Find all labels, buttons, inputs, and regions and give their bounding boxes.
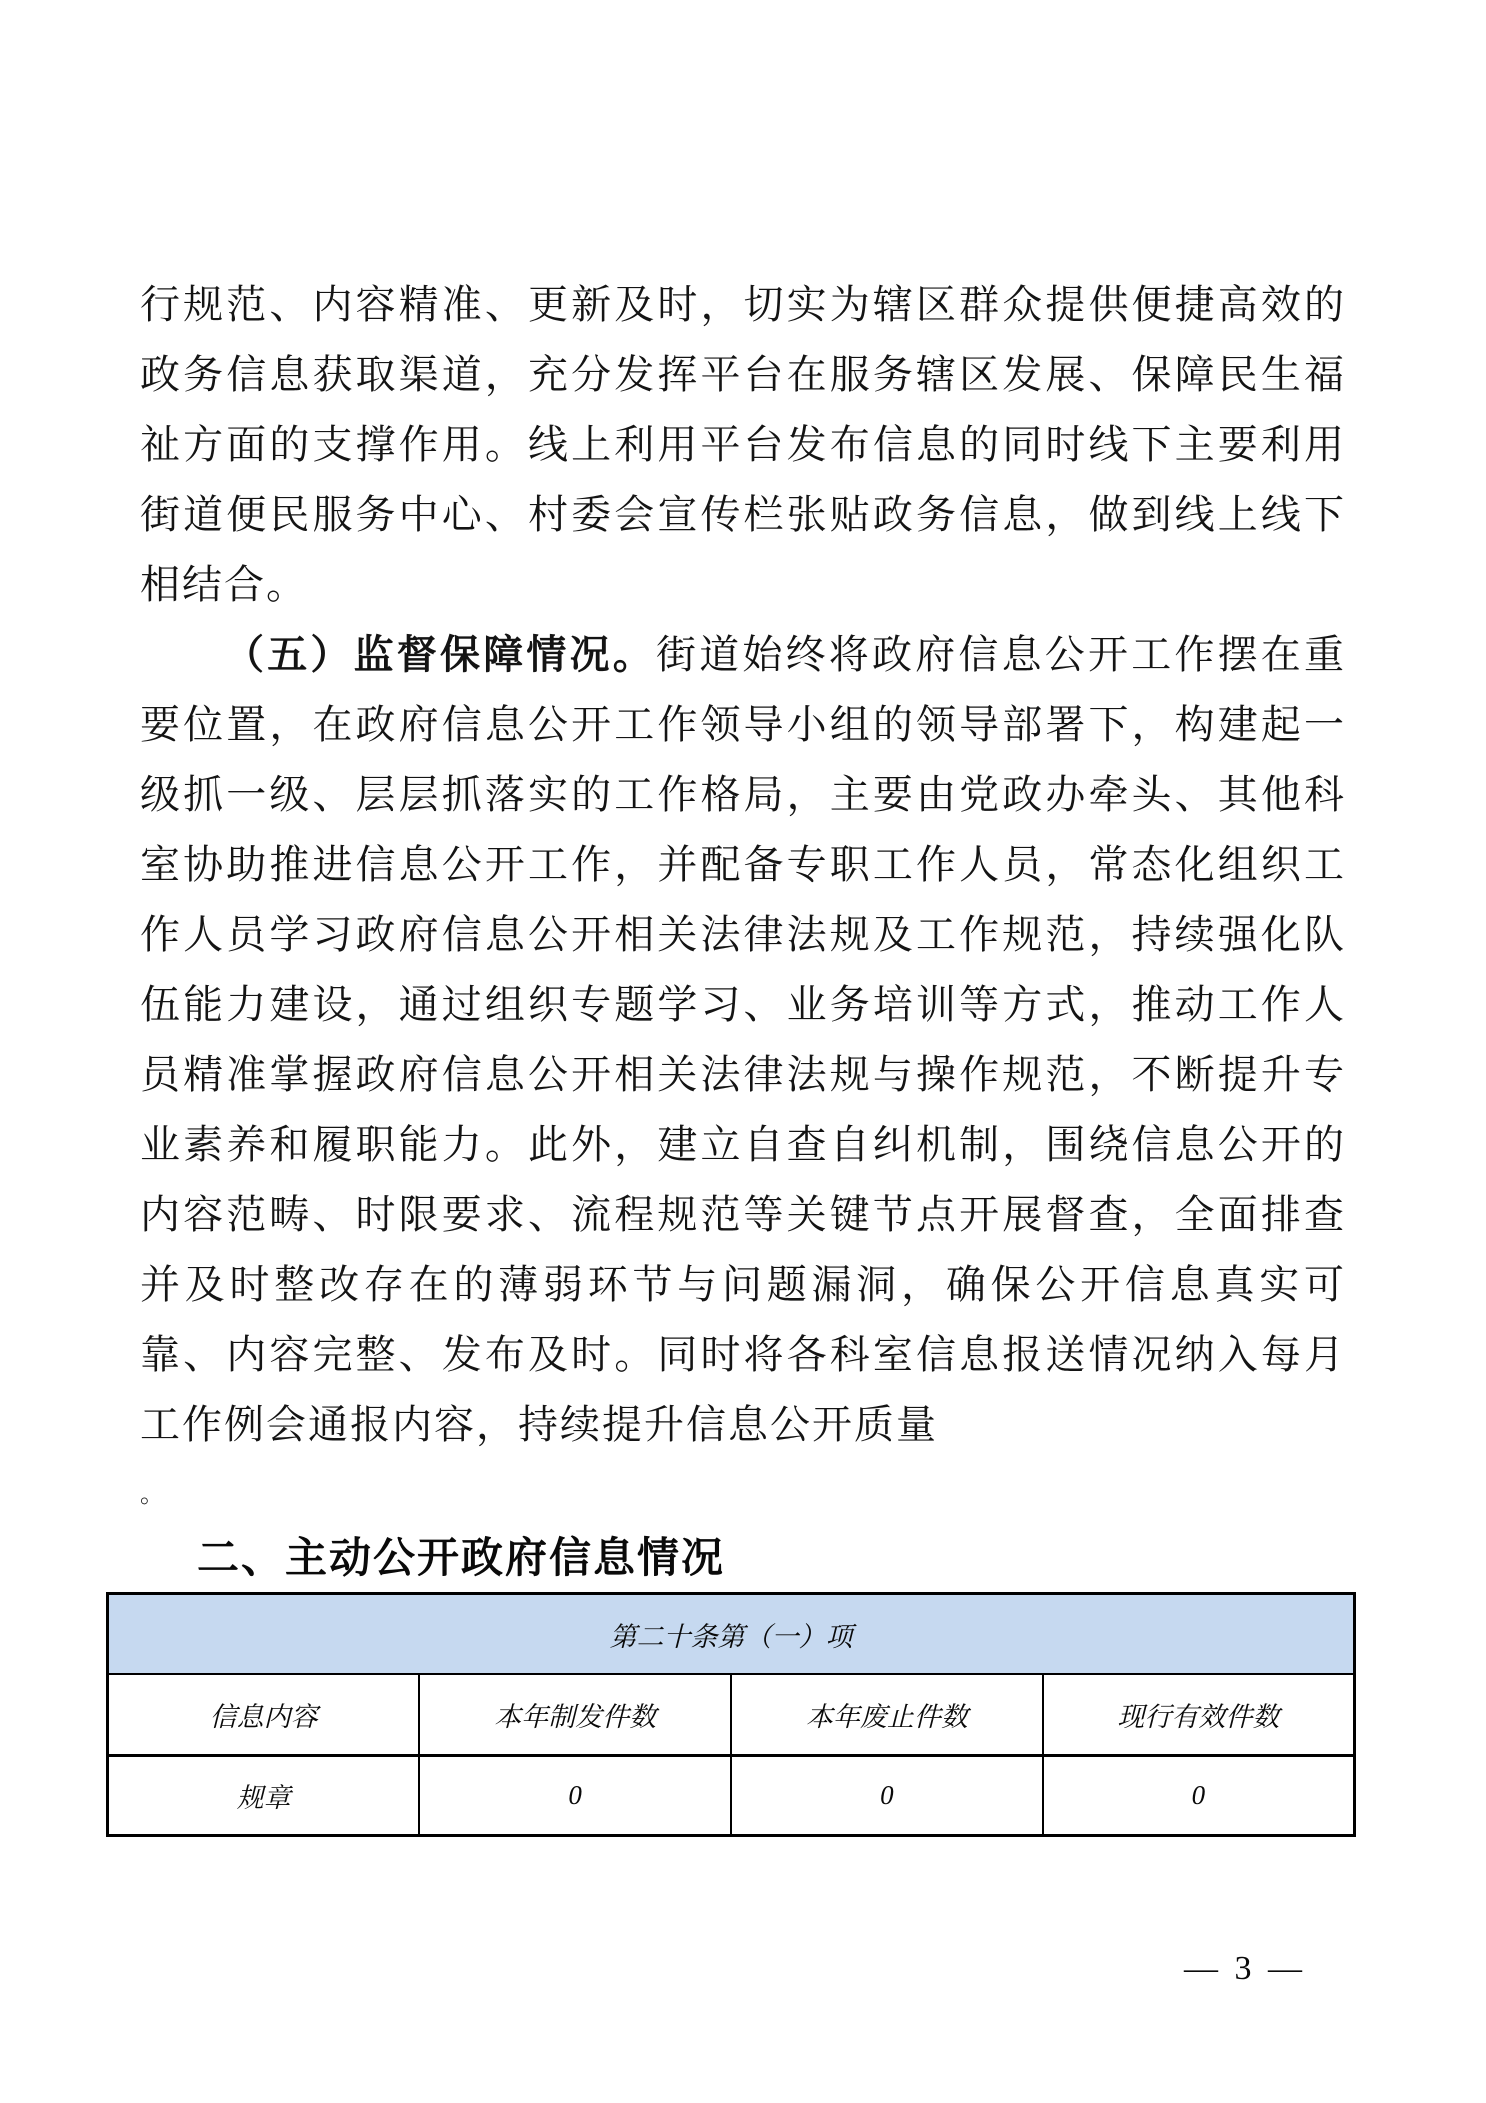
table-cell-category: 规章 <box>108 1756 420 1836</box>
table-header-currently-valid: 现行有效件数 <box>1043 1674 1355 1756</box>
table-title-cell: 第二十条第（一）项 <box>108 1594 1355 1675</box>
table-header-info-content: 信息内容 <box>108 1674 420 1756</box>
paragraph-supervision-body: 街道始终将政府信息公开工作摆在重要位置，在政府信息公开工作领导小组的领导部署下，… <box>140 632 1346 1447</box>
section-heading: 二、主动公开政府信息情况 <box>197 1528 1346 1588</box>
body-text: 行规范、内容精准、更新及时，切实为辖区群众提供便捷高效的政务信息获取渠道，充分发… <box>140 270 1346 1530</box>
paragraph-continuation: 行规范、内容精准、更新及时，切实为辖区群众提供便捷高效的政务信息获取渠道，充分发… <box>140 270 1346 620</box>
table-cell-repealed-count: 0 <box>731 1756 1043 1836</box>
table-title-row: 第二十条第（一）项 <box>108 1594 1355 1675</box>
table-header-repealed-this-year: 本年废止件数 <box>731 1674 1043 1756</box>
table-row-regulations: 规章 0 0 0 <box>108 1756 1355 1836</box>
document-page: 行规范、内容精准、更新及时，切实为辖区群众提供便捷高效的政务信息获取渠道，充分发… <box>0 0 1486 2103</box>
paragraph-supervision-lead: （五）监督保障情况。 <box>224 632 656 677</box>
table-header-issued-this-year: 本年制发件数 <box>419 1674 731 1756</box>
info-disclosure-table: 第二十条第（一）项 信息内容 本年制发件数 本年废止件数 现行有效件数 规章 0… <box>106 1592 1356 1837</box>
table-cell-valid-count: 0 <box>1043 1756 1355 1836</box>
paragraph-supervision: （五）监督保障情况。街道始终将政府信息公开工作摆在重要位置，在政府信息公开工作领… <box>140 620 1346 1460</box>
table-cell-issued-count: 0 <box>419 1756 731 1836</box>
trailing-period: 。 <box>140 1460 1346 1530</box>
table-header-row: 信息内容 本年制发件数 本年废止件数 现行有效件数 <box>108 1674 1355 1756</box>
page-number: — 3 — <box>1140 1950 1350 1988</box>
